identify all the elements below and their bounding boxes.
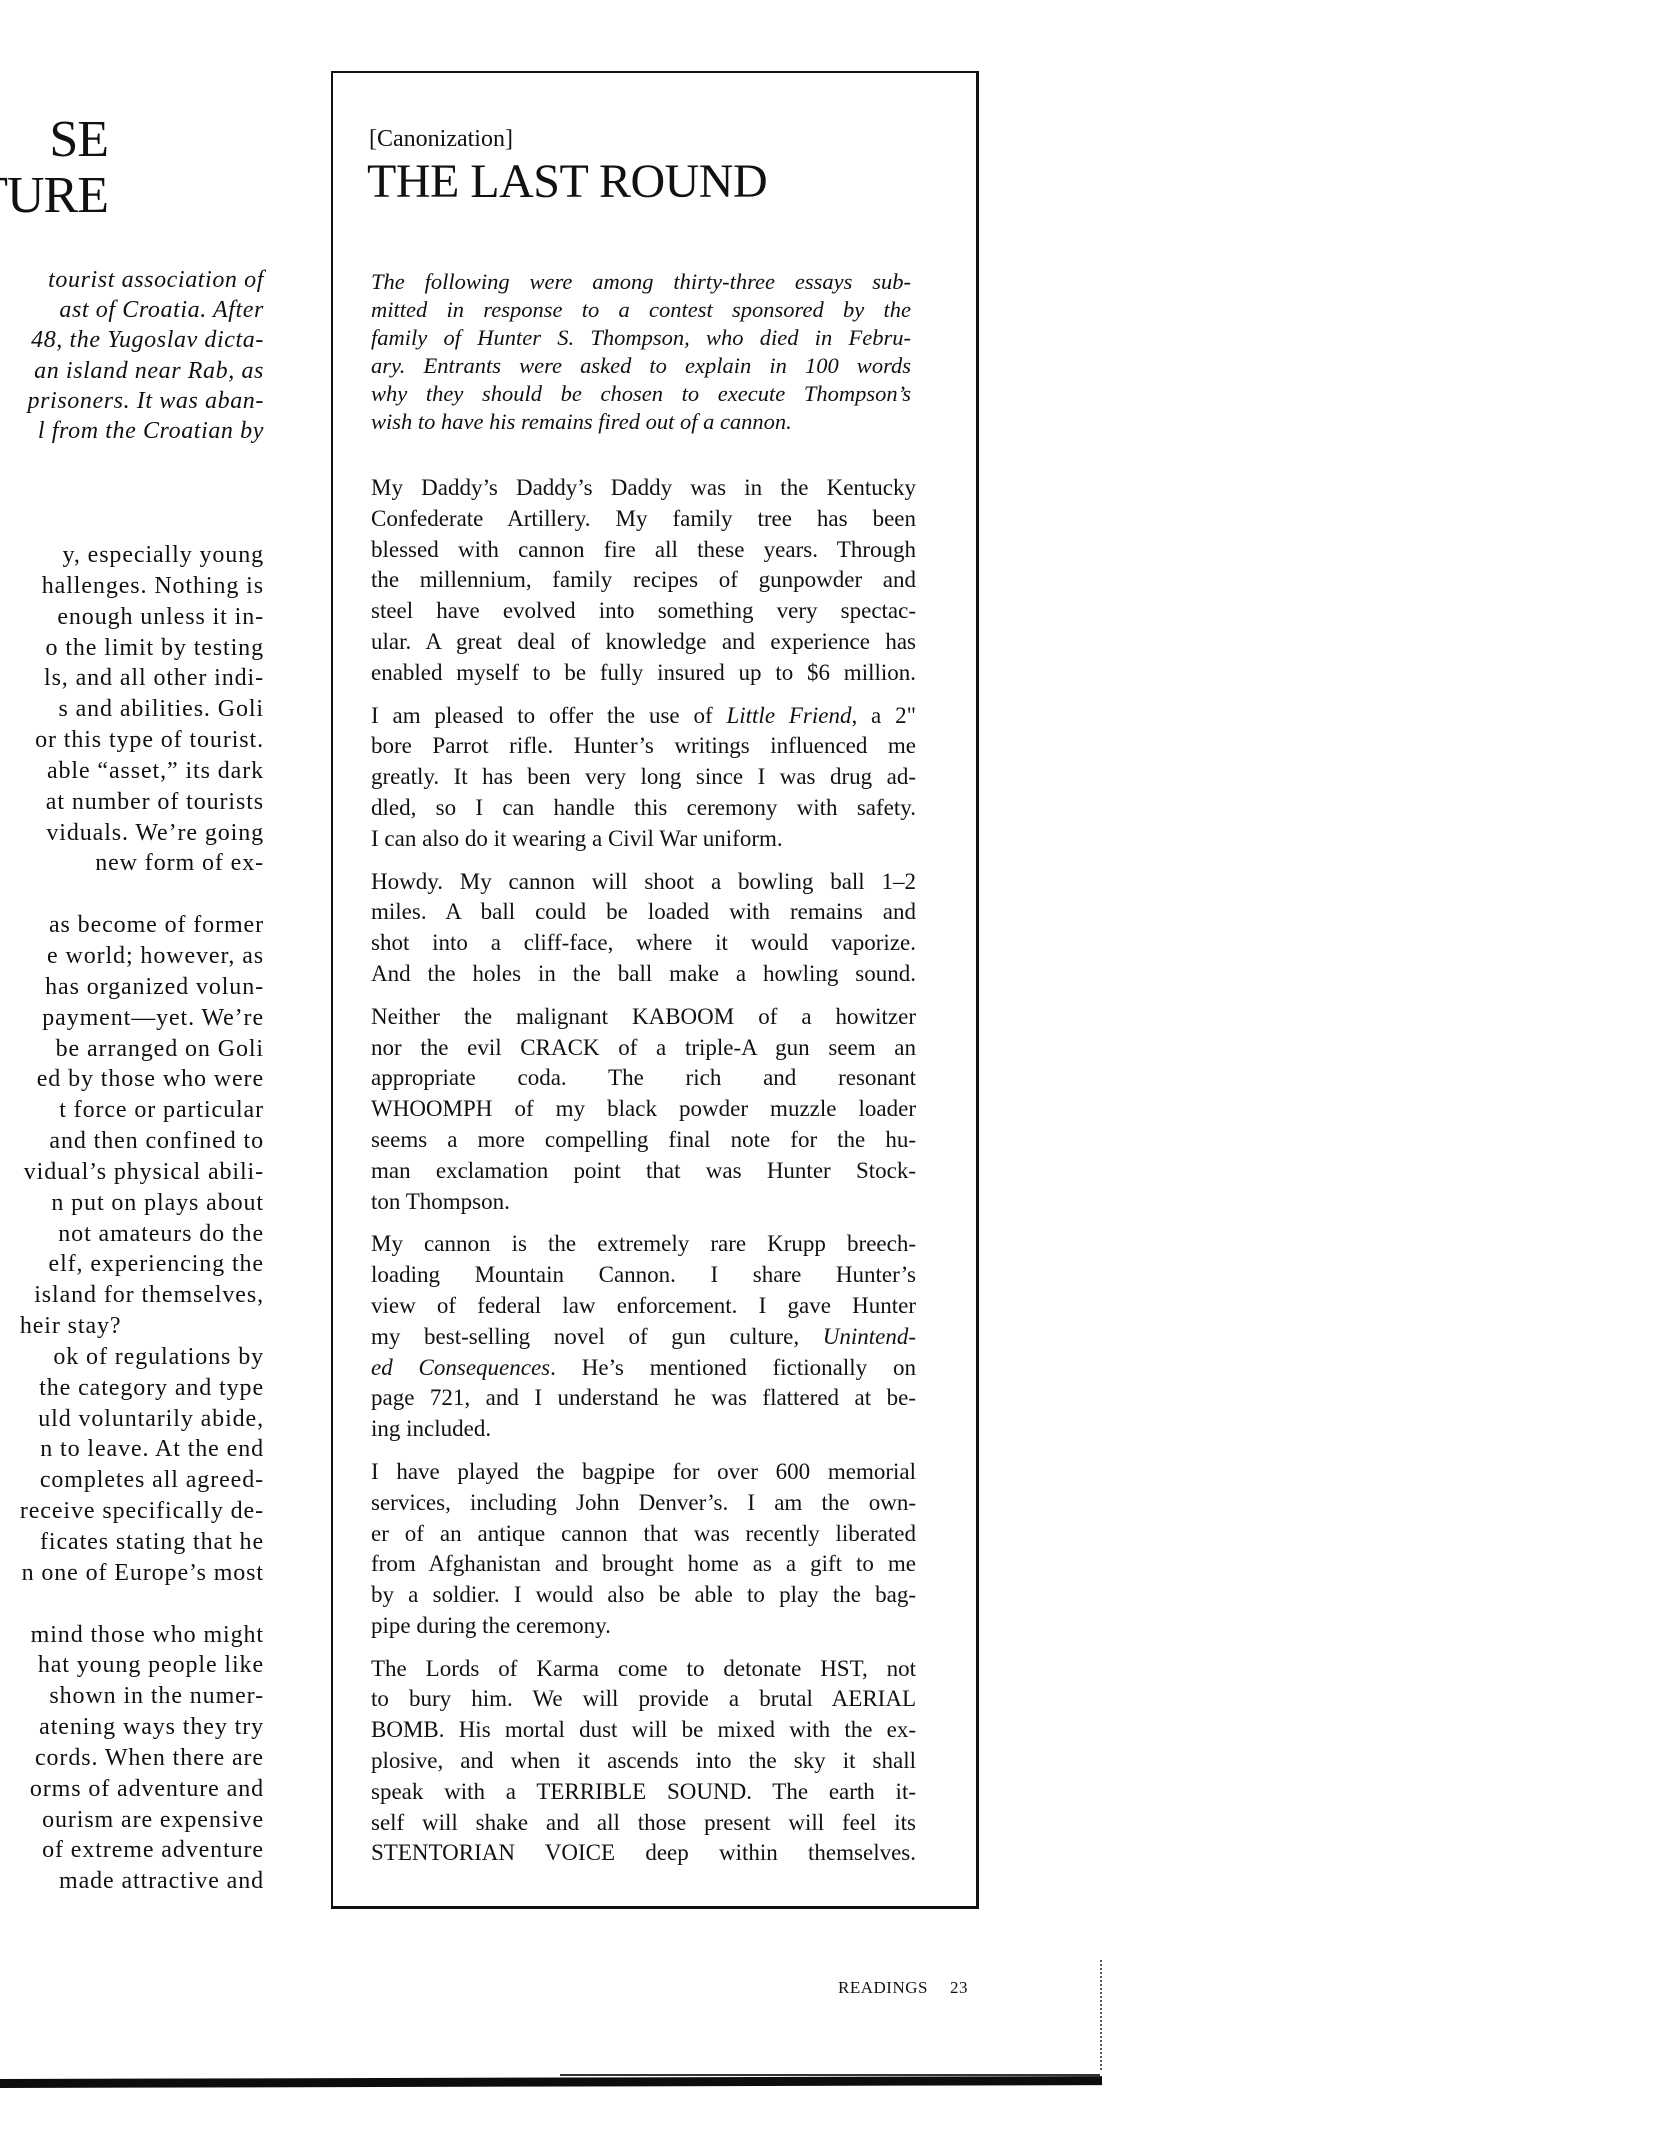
- essay-line: ular. A great deal of knowledge and expe…: [371, 627, 916, 658]
- essay-line: bore Parrot rifle. Hunter’s writings inf…: [371, 731, 916, 762]
- body-line: t force or particular: [20, 1095, 264, 1126]
- intro-line: family of Hunter S. Thompson, who died i…: [371, 324, 911, 352]
- page-bottom-rule: [0, 2076, 1102, 2088]
- intro-line: tourist association of: [28, 265, 264, 295]
- section-name: READINGS: [838, 1978, 928, 1997]
- essay-line: WHOOMPH of my black powder muzzle loader: [371, 1094, 916, 1125]
- headline-line: SE: [0, 112, 108, 168]
- page-folio: READINGS23: [838, 1978, 968, 1998]
- essay-paragraph: The Lords of Karma come to detonate HST,…: [371, 1654, 916, 1870]
- body-line: hallenges. Nothing is: [20, 571, 264, 602]
- body-line: ls, and all other indi-: [20, 663, 264, 694]
- intro-line: ast of Croatia. After: [28, 295, 264, 325]
- essay-line: to bury him. We will provide a brutal AE…: [371, 1684, 916, 1715]
- essay-line: My Daddy’s Daddy’s Daddy was in the Kent…: [371, 473, 916, 504]
- body-line: hat young people like: [20, 1650, 264, 1681]
- previous-article-intro: tourist association of ast of Croatia. A…: [28, 265, 264, 446]
- intro-line: why they should be chosen to execute Tho…: [371, 380, 911, 408]
- body-line: n one of Europe’s most: [20, 1558, 264, 1589]
- essay-line: And the holes in the ball make a howling…: [371, 959, 916, 990]
- essay-line: plosive, and when it ascends into the sk…: [371, 1746, 916, 1777]
- body-line: completes all agreed-: [20, 1465, 264, 1496]
- body-line: and then confined to: [20, 1126, 264, 1157]
- intro-line: wish to have his remains fired out of a …: [371, 408, 911, 436]
- body-line: ficates stating that he: [20, 1527, 264, 1558]
- book-title-italic: ed Consequences: [371, 1355, 550, 1380]
- essay-paragraph: I have played the bagpipe for over 600 m…: [371, 1457, 916, 1642]
- essay-line: view of federal law enforcement. I gave …: [371, 1291, 916, 1322]
- essay-line: self will shake and all those present wi…: [371, 1808, 916, 1839]
- body-line: be arranged on Goli: [20, 1034, 264, 1065]
- body-line: s and abilities. Goli: [20, 694, 264, 725]
- essay-line: appropriate coda. The rich and resonant: [371, 1063, 916, 1094]
- body-line: ed by those who were: [20, 1064, 264, 1095]
- body-line: orms of adventure and: [20, 1774, 264, 1805]
- paragraph-gap: [20, 1589, 264, 1620]
- essay-line: loading Mountain Cannon. I share Hunter’…: [371, 1260, 916, 1291]
- essay-line: seems a more compelling final note for t…: [371, 1125, 916, 1156]
- body-line: as become of former: [20, 910, 264, 941]
- body-line: shown in the numer-: [20, 1681, 264, 1712]
- intro-line: an island near Rab, as: [28, 356, 264, 386]
- body-line: cords. When there are: [20, 1743, 264, 1774]
- intro-line: The following were among thirty-three es…: [371, 268, 911, 296]
- essay-line: man exclamation point that was Hunter St…: [371, 1156, 916, 1187]
- essay-line: my best-selling novel of gun culture, Un…: [371, 1322, 916, 1353]
- essay-line: My cannon is the extremely rare Krupp br…: [371, 1229, 916, 1260]
- scan-margin-marks: [1100, 1960, 1104, 2070]
- essay-paragraph: Howdy. My cannon will shoot a bowling ba…: [371, 867, 916, 990]
- previous-article-column: SE TURE tourist association of ast of Cr…: [0, 0, 270, 1900]
- essay-line: I can also do it wearing a Civil War uni…: [371, 824, 916, 855]
- essay-line: blessed with cannon fire all these years…: [371, 535, 916, 566]
- intro-line: prisoners. It was aban-: [28, 386, 264, 416]
- essay-line: shot into a cliff-face, where it would v…: [371, 928, 916, 959]
- article-box: [Canonization] THE LAST ROUND The follow…: [331, 71, 979, 1909]
- article-intro: The following were among thirty-three es…: [371, 268, 911, 437]
- intro-line: 48, the Yugoslav dicta-: [28, 325, 264, 355]
- essay-paragraph: I am pleased to offer the use of Little …: [371, 701, 916, 855]
- body-line: or this type of tourist.: [20, 725, 264, 756]
- paragraph-gap: [20, 879, 264, 910]
- essay-line: Howdy. My cannon will shoot a bowling ba…: [371, 867, 916, 898]
- body-line: not amateurs do the: [20, 1219, 264, 1250]
- headline-line: TURE: [0, 168, 108, 224]
- essay-line: miles. A ball could be loaded with remai…: [371, 897, 916, 928]
- body-line: has organized volun-: [20, 972, 264, 1003]
- essay-paragraph: My Daddy’s Daddy’s Daddy was in the Kent…: [371, 473, 916, 689]
- body-line: payment—yet. We’re: [20, 1003, 264, 1034]
- essay-line: BOMB. His mortal dust will be mixed with…: [371, 1715, 916, 1746]
- book-title-italic: Unintend-: [823, 1324, 916, 1349]
- essay-line: Confederate Artillery. My family tree ha…: [371, 504, 916, 535]
- essay-line: I am pleased to offer the use of Little …: [371, 701, 916, 732]
- essay-line: page 721, and I understand he was flatte…: [371, 1383, 916, 1414]
- body-line: e world; however, as: [20, 941, 264, 972]
- body-line: viduals. We’re going: [20, 818, 264, 849]
- text-run: . He’s mentioned fictionally on: [550, 1355, 916, 1380]
- body-line: vidual’s physical abili-: [20, 1157, 264, 1188]
- essay-line: ton Thompson.: [371, 1187, 916, 1218]
- essay-line: by a soldier. I would also be able to pl…: [371, 1580, 916, 1611]
- body-line: of extreme adventure: [20, 1835, 264, 1866]
- essay-line: from Afghanistan and brought home as a g…: [371, 1549, 916, 1580]
- body-line: mind those who might: [20, 1620, 264, 1651]
- essay-line: nor the evil CRACK of a triple-A gun see…: [371, 1033, 916, 1064]
- essay-paragraph: My cannon is the extremely rare Krupp br…: [371, 1229, 916, 1445]
- text-run: , a 2": [851, 703, 916, 728]
- body-line: ourism are expensive: [20, 1805, 264, 1836]
- body-line: the category and type: [20, 1373, 264, 1404]
- text-run: I am pleased to offer the use of: [371, 703, 726, 728]
- essay-line: ed Consequences. He’s mentioned fictiona…: [371, 1353, 916, 1384]
- body-line: receive specifically de-: [20, 1496, 264, 1527]
- body-line: n to leave. At the end: [20, 1434, 264, 1465]
- essay-line: pipe during the ceremony.: [371, 1611, 916, 1642]
- intro-line: ary. Entrants were asked to explain in 1…: [371, 352, 911, 380]
- essay-line: I have played the bagpipe for over 600 m…: [371, 1457, 916, 1488]
- essay-line: speak with a TERRIBLE SOUND. The earth i…: [371, 1777, 916, 1808]
- essay-line: The Lords of Karma come to detonate HST,…: [371, 1654, 916, 1685]
- body-line: y, especially young: [20, 540, 264, 571]
- article-body: My Daddy’s Daddy’s Daddy was in the Kent…: [371, 473, 916, 1881]
- essay-line: services, including John Denver’s. I am …: [371, 1488, 916, 1519]
- essay-line: Neither the malignant KABOOM of a howitz…: [371, 1002, 916, 1033]
- essay-line: dled, so I can handle this ceremony with…: [371, 793, 916, 824]
- essay-line: ing included.: [371, 1414, 916, 1445]
- body-line: ok of regulations by: [20, 1342, 264, 1373]
- text-run: my best-selling novel of gun culture,: [371, 1324, 823, 1349]
- essay-line: greatly. It has been very long since I w…: [371, 762, 916, 793]
- body-line: n put on plays about: [20, 1188, 264, 1219]
- body-line: heir stay?: [20, 1311, 264, 1342]
- body-line: enough unless it in-: [20, 602, 264, 633]
- previous-article-headline: SE TURE: [0, 112, 108, 224]
- essay-line: enabled myself to be fully insured up to…: [371, 658, 916, 689]
- body-line: uld voluntarily abide,: [20, 1404, 264, 1435]
- body-line: made attractive and: [20, 1866, 264, 1897]
- essay-line: steel have evolved into something very s…: [371, 596, 916, 627]
- essay-line: the millennium, family recipes of gunpow…: [371, 565, 916, 596]
- body-line: island for themselves,: [20, 1280, 264, 1311]
- body-line: able “asset,” its dark: [20, 756, 264, 787]
- book-title-italic: Little Friend: [726, 703, 851, 728]
- body-line: o the limit by testing: [20, 633, 264, 664]
- essay-line: STENTORIAN VOICE deep within themselves.: [371, 1838, 916, 1869]
- page-number: 23: [950, 1978, 968, 1997]
- essay-paragraph: Neither the malignant KABOOM of a howitz…: [371, 1002, 916, 1218]
- body-line: elf, experiencing the: [20, 1249, 264, 1280]
- body-line: atening ways they try: [20, 1712, 264, 1743]
- body-line: new form of ex-: [20, 848, 264, 879]
- intro-line: mitted in response to a contest sponsore…: [371, 296, 911, 324]
- article-title: THE LAST ROUND: [367, 156, 767, 208]
- essay-line: er of an antique cannon that was recentl…: [371, 1519, 916, 1550]
- section-kicker: [Canonization]: [369, 125, 513, 153]
- body-line: at number of tourists: [20, 787, 264, 818]
- intro-line: l from the Croatian by: [28, 416, 264, 446]
- previous-article-body: y, especially young hallenges. Nothing i…: [20, 540, 264, 1897]
